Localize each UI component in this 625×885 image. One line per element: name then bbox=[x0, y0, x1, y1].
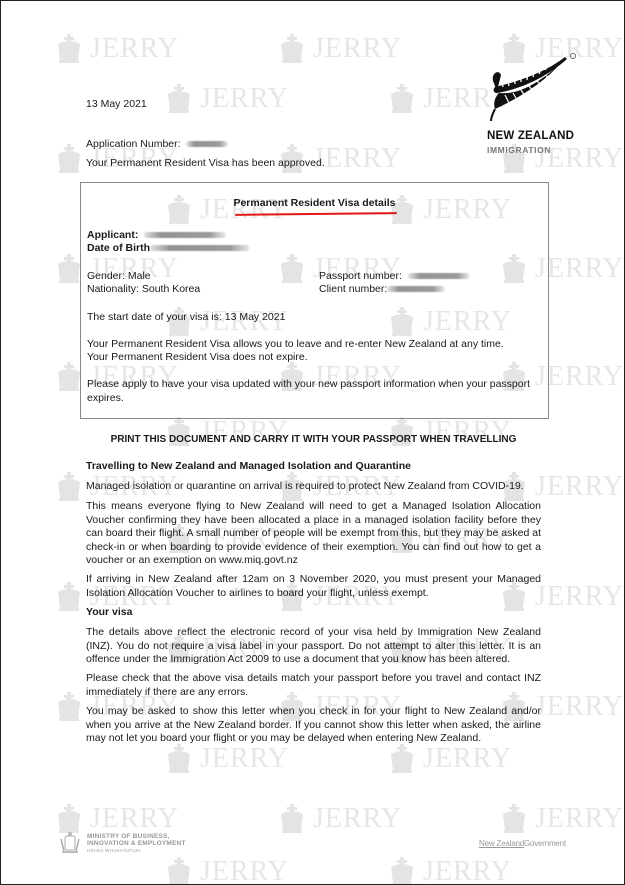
gender-field: Gender: Male bbox=[87, 270, 151, 284]
redacted-application-number bbox=[186, 141, 228, 147]
letter-date: 13 May 2021 bbox=[86, 98, 147, 112]
visa-details-title: Permanent Resident Visa details bbox=[81, 197, 548, 211]
gov-part2: Government bbox=[524, 839, 566, 848]
no-expiry-statement: Your Permanent Resident Visa does not ex… bbox=[87, 351, 308, 365]
your-visa-heading: Your visa bbox=[86, 606, 133, 620]
visa-paragraph: The details above reflect the electronic… bbox=[86, 626, 541, 667]
visa-paragraph: Please check that the above visa details… bbox=[86, 672, 541, 699]
travel-paragraph: If arriving in New Zealand after 12am on… bbox=[86, 573, 541, 600]
mbie-line3: HĪKINA WHAKATUTUKI bbox=[87, 848, 186, 854]
mbie-line1: MINISTRY OF BUSINESS, bbox=[87, 833, 186, 841]
applicant-label: Applicant: bbox=[87, 229, 138, 241]
visa-letter-page: JERRYJERRYJERRYJERRYJERRYJERRYJERRYJERRY… bbox=[0, 0, 625, 885]
dob-field: Date of Birth bbox=[87, 242, 250, 256]
gov-part1: New Zealand bbox=[479, 839, 524, 848]
travel-heading: Travelling to New Zealand and Managed Is… bbox=[86, 460, 411, 474]
travel-paragraph: Managed isolation or quarantine on arriv… bbox=[86, 480, 541, 494]
logo-new-zealand: NEW ZEALAND bbox=[487, 130, 597, 144]
nz-immigration-logo: NEW ZEALAND IMMIGRATION bbox=[487, 51, 597, 158]
print-notice: PRINT THIS DOCUMENT AND CARRY IT WITH YO… bbox=[1, 433, 625, 447]
nationality-field: Nationality: South Korea bbox=[87, 283, 200, 297]
applicant-field: Applicant: bbox=[87, 229, 226, 243]
passport-field: Passport number: bbox=[319, 270, 470, 284]
visa-details-box: Permanent Resident Visa details Applican… bbox=[80, 182, 549, 419]
mbie-logo: MINISTRY OF BUSINESS, INNOVATION & EMPLO… bbox=[59, 831, 186, 855]
letter-content: 13 May 2021 Application Number: Your Per… bbox=[1, 1, 624, 884]
mbie-line2: INNOVATION & EMPLOYMENT bbox=[87, 840, 186, 848]
logo-immigration: IMMIGRATION bbox=[487, 144, 597, 158]
application-number-label: Application Number: bbox=[86, 138, 181, 150]
redacted-dob bbox=[150, 245, 250, 251]
redacted-client bbox=[387, 286, 445, 292]
client-field: Client number: bbox=[319, 283, 445, 297]
visa-paragraph: You may be asked to show this letter whe… bbox=[86, 705, 541, 746]
redacted-passport bbox=[408, 273, 470, 279]
travel-paragraph: This means everyone flying to New Zealan… bbox=[86, 500, 541, 568]
passport-update-statement: Please apply to have your visa updated w… bbox=[87, 378, 542, 405]
reentry-statement: Your Permanent Resident Visa allows you … bbox=[87, 338, 504, 352]
client-label: Client number: bbox=[319, 283, 387, 295]
redacted-applicant bbox=[144, 232, 226, 238]
application-number: Application Number: bbox=[86, 138, 228, 152]
start-date: The start date of your visa is: 13 May 2… bbox=[87, 311, 285, 325]
silver-fern-icon bbox=[487, 51, 577, 123]
red-underline-annotation bbox=[235, 212, 397, 216]
dob-label: Date of Birth bbox=[87, 242, 150, 254]
passport-label: Passport number: bbox=[319, 270, 402, 282]
coat-of-arms-icon bbox=[59, 831, 81, 855]
approval-statement: Your Permanent Resident Visa has been ap… bbox=[86, 157, 325, 171]
nz-government-logo: New ZealandGovernment bbox=[479, 837, 566, 851]
